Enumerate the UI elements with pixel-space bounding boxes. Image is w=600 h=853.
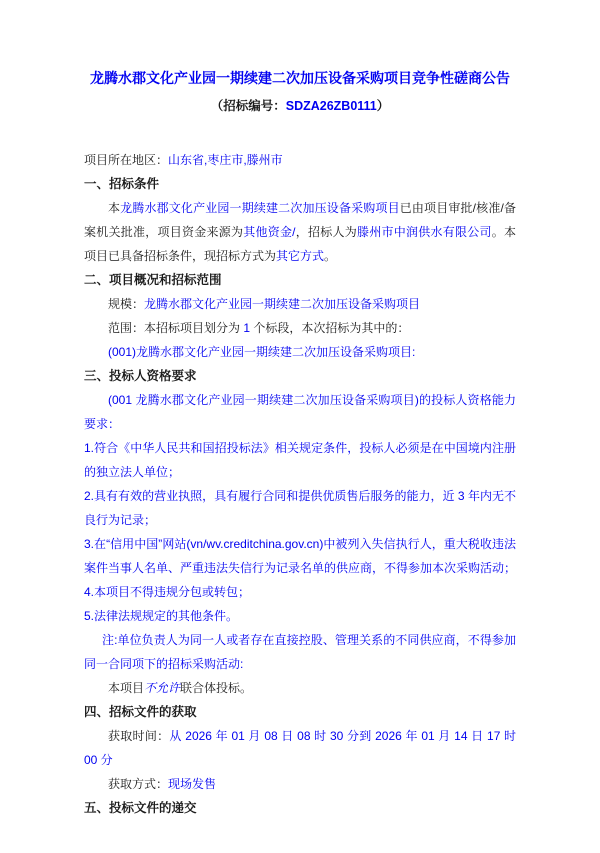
section-3-heading: 三、投标人资格要求 [84, 364, 516, 388]
tender-reference-line: （招标编号：SDZA26ZB0111） [84, 94, 516, 118]
scope-text: 范围：本招标项目划分为 [108, 321, 243, 335]
qualification-note-text: 注:单位负责人为同一人或者存在直接控股、管理关系的不同供应商，不得参加同一合同项… [84, 633, 516, 671]
qualification-item-1: 1.符合《中华人民共和国招投标法》相关规定条件，投标人必须是在中国境内注册的独立… [84, 436, 516, 484]
section-2-heading: 二、项目概况和招标范围 [84, 268, 516, 292]
qualification-item-5: 5.法律法规规定的其他条件。 [84, 604, 516, 628]
consortium-text: 本项目 [108, 681, 144, 695]
qualification-note-line: 注:单位负责人为同一人或者存在直接控股、管理关系的不同供应商，不得参加同一合同项… [84, 628, 516, 676]
obtain-method-line: 获取方式：现场发售 [84, 772, 516, 796]
obtain-method-label: 获取方式： [108, 777, 168, 791]
title-body-spacer [84, 118, 516, 148]
project-scope-line: 范围：本招标项目划分为 1 个标段，本次招标为其中的： [84, 316, 516, 340]
qualification-intro-text: (001 龙腾水郡文化产业园一期续建二次加压设备采购项目)的投标人资格能力要求： [84, 393, 516, 431]
lot-001-line: (001)龙腾水郡文化产业园一期续建二次加压设备采购项目: [84, 340, 516, 364]
project-location-label: 项目所在地区： [84, 153, 168, 167]
document-page: 龙腾水郡文化产业园一期续建二次加压设备采购项目竞争性磋商公告 （招标编号：SDZ… [0, 0, 600, 853]
qualification-item-2: 2.具有有效的营业执照，具有履行合同和提供优质售后服务的能力，近 3 年内无不良… [84, 484, 516, 532]
s1-text: 。 [324, 249, 336, 263]
s1-tender-method: 其它方式 [276, 249, 324, 263]
tender-ref-prefix: （招标编号： [211, 99, 286, 113]
qualification-item-3: 3.在“信用中国”网站(vn/wv.creditchina.gov.cn)中被列… [84, 532, 516, 580]
lot-001-value: (001)龙腾水郡文化产业园一期续建二次加压设备采购项目: [108, 345, 415, 359]
section-4-heading: 四、招标文件的获取 [84, 700, 516, 724]
document-title: 龙腾水郡文化产业园一期续建二次加压设备采购项目竞争性磋商公告 [84, 66, 516, 90]
project-location-line: 项目所在地区：山东省,枣庄市,滕州市 [84, 148, 516, 172]
project-scale-line: 规模：龙腾水郡文化产业园一期续建二次加压设备采购项目 [84, 292, 516, 316]
s1-fund-source: 其他资金/ [243, 225, 295, 239]
section-5-heading: 五、投标文件的递交 [84, 796, 516, 820]
scale-value: 龙腾水郡文化产业园一期续建二次加压设备采购项目 [144, 297, 420, 311]
section-1-paragraph: 本龙腾水郡文化产业园一期续建二次加压设备采购项目已由项目审批/核准/备案机关批准… [84, 196, 516, 268]
section-1-heading: 一、招标条件 [84, 172, 516, 196]
scope-text: 个标段，本次招标为其中的： [250, 321, 409, 335]
obtain-method-value: 现场发售 [168, 777, 216, 791]
obtain-time-line: 获取时间：从 2026 年 01 月 08 日 08 时 30 分到 2026 … [84, 724, 516, 772]
qualification-intro-line: (001 龙腾水郡文化产业园一期续建二次加压设备采购项目)的投标人资格能力要求： [84, 388, 516, 436]
s1-tenderer-name: 滕州市中润供水有限公司 [357, 225, 492, 239]
project-location-value: 山东省,枣庄市,滕州市 [168, 153, 283, 167]
consortium-bid-line: 本项目不允许联合体投标。 [84, 676, 516, 700]
tender-ref-code: SDZA26ZB0111 [286, 99, 377, 113]
s1-text: 本 [108, 201, 120, 215]
consortium-text: 联合体投标。 [180, 681, 252, 695]
tender-ref-suffix: ） [377, 99, 390, 113]
qualification-item-2-text: 2.具有有效的营业执照，具有履行合同和提供优质售后服务的能力，近 3 年内无不良… [84, 489, 516, 527]
qualification-item-4: 4.本项目不得违规分包或转包； [84, 580, 516, 604]
s1-text: ，招标人为 [296, 225, 357, 239]
scale-label: 规模： [108, 297, 144, 311]
qualification-item-3-text: 3.在“信用中国”网站(vn/wv.creditchina.gov.cn)中被列… [84, 537, 516, 575]
consortium-not-allowed-text: 不允许 [144, 681, 180, 695]
qualification-item-1-text: 1.符合《中华人民共和国招投标法》相关规定条件，投标人必须是在中国境内注册的独立… [84, 441, 516, 479]
qualification-item-5-text: 5.法律法规规定的其他条件。 [84, 609, 238, 623]
obtain-time-label: 获取时间： [108, 729, 169, 743]
qualification-item-4-text: 4.本项目不得违规分包或转包； [84, 585, 250, 599]
s1-project-name: 龙腾水郡文化产业园一期续建二次加压设备采购项目 [120, 201, 400, 215]
